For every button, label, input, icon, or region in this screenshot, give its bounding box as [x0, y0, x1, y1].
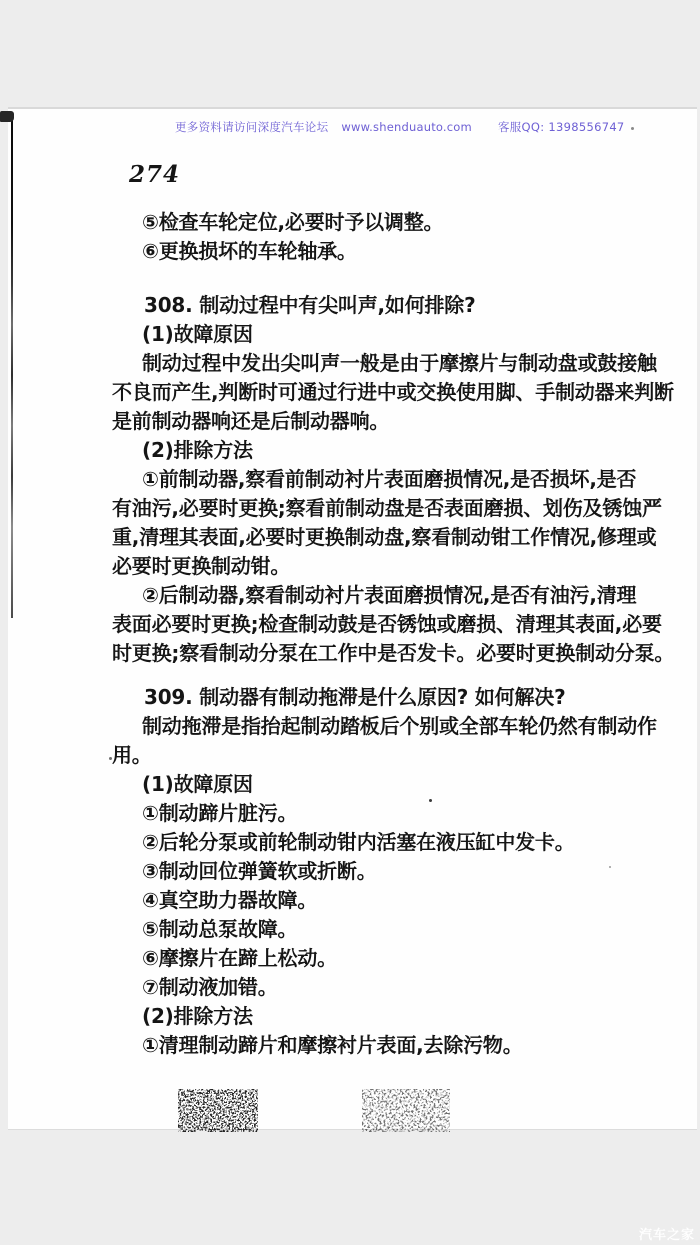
scan-binding-line	[11, 112, 13, 618]
text-line: (2)排除方法	[112, 436, 644, 465]
scan-corner-mark	[0, 111, 14, 122]
text-line: ①制动蹄片脏污。	[112, 799, 644, 828]
question-308-heading: 308. 制动过程中有尖叫声,如何排除?	[112, 291, 644, 320]
body-text-column: ⑤检查车轮定位,必要时予以调整。⑥更换损坏的车轮轴承。 308. 制动过程中有尖…	[112, 208, 644, 1060]
forum-url-text: www.shenduauto.com	[341, 120, 472, 134]
screenshot-root: 更多资料请访问深度汽车论坛www.shenduauto.com客服QQ: 139…	[0, 0, 700, 1245]
text-line: ⑤制动总泵故障。	[112, 915, 644, 944]
text-line: 制动过程中发出尖叫声一般是由于摩擦片与制动盘或鼓接触	[112, 349, 644, 378]
text-line: 必要时更换制动钳。	[112, 552, 644, 581]
scan-smudge-right	[362, 1089, 450, 1132]
forum-promo-text: 更多资料请访问深度汽车论坛	[175, 120, 328, 134]
text-line: ①清理制动蹄片和摩擦衬片表面,去除污物。	[112, 1031, 644, 1060]
text-line: 有油污,必要时更换;察看前制动盘是否表面磨损、划伤及锈蚀严	[112, 494, 644, 523]
text-line: ③制动回位弹簧软或折断。	[112, 857, 644, 886]
text-line: 是前制动器响还是后制动器响。	[112, 407, 644, 436]
text-line: ②后制动器,察看制动衬片表面磨损情况,是否有油污,清理	[112, 581, 644, 610]
forum-qq-text: 客服QQ: 1398556747	[498, 120, 625, 134]
text-line: 不良而产生,判断时可通过行进中或交换使用脚、手制动器来判断	[112, 378, 644, 407]
watermark-autohome: 汽车之家	[639, 1224, 695, 1243]
scan-speck	[429, 799, 432, 802]
scanned-page: 更多资料请访问深度汽车论坛www.shenduauto.com客服QQ: 139…	[8, 107, 697, 1130]
question-309-heading: 309. 制动器有制动拖滞是什么原因? 如何解决?	[112, 683, 644, 712]
text-line: 表面必要时更换;检查制动鼓是否锈蚀或磨损、清理其表面,必要	[112, 610, 644, 639]
text-line: ④真空助力器故障。	[112, 886, 644, 915]
text-line: 时更换;察看制动分泵在工作中是否发卡。必要时更换制动分泵。	[112, 639, 644, 668]
page-number: 274	[129, 161, 180, 188]
scan-smudge-left	[178, 1089, 258, 1132]
text-line: (2)排除方法	[112, 1002, 644, 1031]
scan-speck	[109, 757, 112, 760]
text-line: (1)故障原因	[112, 770, 644, 799]
text-line: (1)故障原因	[112, 320, 644, 349]
text-line: ①前制动器,察看前制动衬片表面磨损情况,是否损坏,是否	[112, 465, 644, 494]
forum-header: 更多资料请访问深度汽车论坛www.shenduauto.com客服QQ: 139…	[175, 119, 625, 135]
text-line: ⑥更换损坏的车轮轴承。	[112, 237, 644, 266]
question-309-body: 制动拖滞是指抬起制动踏板后个别或全部车轮仍然有制动作用。(1)故障原因①制动蹄片…	[112, 712, 644, 1060]
carryover-list: ⑤检查车轮定位,必要时予以调整。⑥更换损坏的车轮轴承。	[112, 208, 644, 266]
scan-speck	[609, 866, 611, 868]
text-line: 重,清理其表面,必要时更换制动盘,察看制动钳工作情况,修理或	[112, 523, 644, 552]
question-308-body: (1)故障原因制动过程中发出尖叫声一般是由于摩擦片与制动盘或鼓接触不良而产生,判…	[112, 320, 644, 668]
scan-speck	[631, 127, 634, 130]
text-line: 用。	[112, 741, 644, 770]
text-line: ⑤检查车轮定位,必要时予以调整。	[112, 208, 644, 237]
text-line: ②后轮分泵或前轮制动钳内活塞在液压缸中发卡。	[112, 828, 644, 857]
text-line: 制动拖滞是指抬起制动踏板后个别或全部车轮仍然有制动作	[112, 712, 644, 741]
text-line: ⑥摩擦片在蹄上松动。	[112, 944, 644, 973]
text-line: ⑦制动液加错。	[112, 973, 644, 1002]
